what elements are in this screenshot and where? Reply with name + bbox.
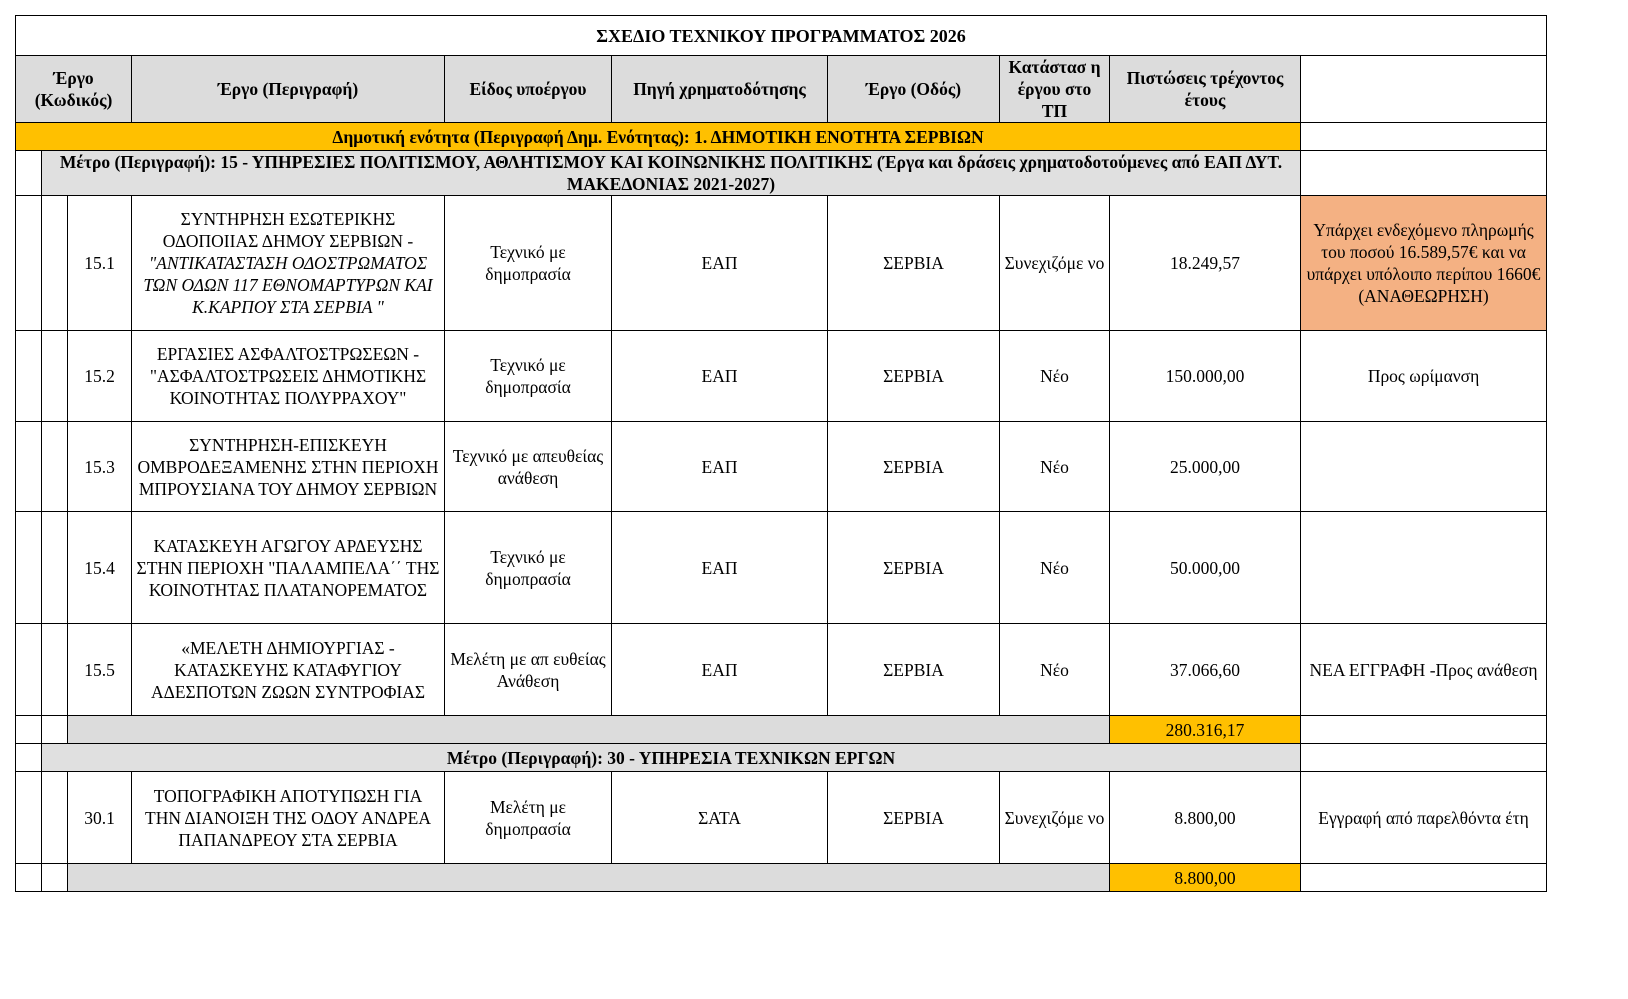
project-road: ΣΕΡΒΙΑ: [828, 331, 1000, 422]
municipal-unit-notes: [1301, 123, 1547, 151]
indent-cell: [16, 196, 42, 331]
project-type: Μελέτη με δημοπρασία: [445, 772, 612, 864]
header-notes: [1301, 56, 1547, 123]
project-description-italic: "ΑΝΤΙΚΑΤΑΣΤΑΣΗ ΟΔΟΣΤΡΩΜΑΤΟΣ ΤΩΝ ΟΔΩΝ 117…: [143, 253, 432, 317]
municipal-unit-row: Δημοτική ενότητα (Περιγραφή Δημ. Ενότητα…: [16, 123, 1547, 151]
project-credits: 25.000,00: [1110, 422, 1301, 512]
project-code: 15.2: [68, 331, 132, 422]
project-status: Συνεχιζόμε νο: [1000, 772, 1110, 864]
measure-notes: [1301, 744, 1547, 772]
project-row: 15.1ΣΥΝΤΗΡΗΣΗ ΕΣΩΤΕΡΙΚΗΣ ΟΔΟΠΟΙΙΑΣ ΔΗΜΟΥ…: [16, 196, 1547, 331]
project-description-text: ΚΑΤΑΣΚΕΥΗ ΑΓΩΓΟΥ ΑΡΔΕΥΣΗΣ ΣΤΗΝ ΠΕΡΙΟΧΗ "…: [137, 536, 440, 600]
project-description-text: ΣΥΝΤΗΡΗΣΗ ΕΣΩΤΕΡΙΚΗΣ ΟΔΟΠΟΙΙΑΣ ΔΗΜΟΥ ΣΕΡ…: [163, 209, 413, 251]
header-road: Έργο (Οδός): [828, 56, 1000, 123]
municipal-unit-label: Δημοτική ενότητα (Περιγραφή Δημ. Ενότητα…: [16, 123, 1301, 151]
document-title: ΣΧΕΔΙΟ ΤΕΧΝΙΚΟΥ ΠΡΟΓΡΑΜΜΑΤΟΣ 2026: [16, 16, 1547, 56]
title-row: ΣΧΕΔΙΟ ΤΕΧΝΙΚΟΥ ΠΡΟΓΡΑΜΜΑΤΟΣ 2026: [16, 16, 1547, 56]
project-note: Προς ωρίμανση: [1301, 331, 1547, 422]
project-type: Τεχνικό με δημοπρασία: [445, 512, 612, 624]
project-note: ΝΕΑ ΕΓΓΡΑΦΗ -Προς ανάθεση: [1301, 624, 1547, 716]
project-note: Εγγραφή από παρελθόντα έτη: [1301, 772, 1547, 864]
project-type: Τεχνικό με δημοπρασία: [445, 196, 612, 331]
project-road: ΣΕΡΒΙΑ: [828, 512, 1000, 624]
project-description-text: ΣΥΝΤΗΡΗΣΗ-ΕΠΙΣΚΕΥΗ ΟΜΒΡΟΔΕΞΑΜΕΝΗΣ ΣΤΗΝ Π…: [137, 435, 438, 499]
subtotal-spacer: [68, 864, 1110, 892]
indent-cell: [42, 864, 68, 892]
indent-cell: [16, 624, 42, 716]
project-funding: ΕΑΠ: [612, 624, 828, 716]
project-note: [1301, 512, 1547, 624]
header-code: Έργο (Κωδικός): [16, 56, 132, 123]
project-status: Νέο: [1000, 512, 1110, 624]
project-credits: 8.800,00: [1110, 772, 1301, 864]
project-road: ΣΕΡΒΙΑ: [828, 422, 1000, 512]
project-funding: ΕΑΠ: [612, 196, 828, 331]
project-row: 15.3ΣΥΝΤΗΡΗΣΗ-ΕΠΙΣΚΕΥΗ ΟΜΒΡΟΔΕΞΑΜΕΝΗΣ ΣΤ…: [16, 422, 1547, 512]
header-subproject-type: Είδος υποέργου: [445, 56, 612, 123]
project-type: Τεχνικό με απευθείας ανάθεση: [445, 422, 612, 512]
subtotal-notes: [1301, 864, 1547, 892]
indent-cell: [42, 624, 68, 716]
project-road: ΣΕΡΒΙΑ: [828, 196, 1000, 331]
project-type: Τεχνικό με δημοπρασία: [445, 331, 612, 422]
project-credits: 50.000,00: [1110, 512, 1301, 624]
indent-cell: [42, 772, 68, 864]
project-credits: 150.000,00: [1110, 331, 1301, 422]
project-credits: 37.066,60: [1110, 624, 1301, 716]
project-status: Νέο: [1000, 331, 1110, 422]
project-credits: 18.249,57: [1110, 196, 1301, 331]
project-description: «ΜΕΛΕΤΗ ΔΗΜΙΟΥΡΓΙΑΣ - ΚΑΤΑΣΚΕΥΗΣ ΚΑΤΑΦΥΓ…: [132, 624, 445, 716]
indent-cell: [42, 422, 68, 512]
project-description: ΤΟΠΟΓΡΑΦΙΚΗ ΑΠΟΤΥΠΩΣΗ ΓΙΑ ΤΗΝ ΔΙΑΝΟΙΞΗ Τ…: [132, 772, 445, 864]
indent-cell: [16, 744, 42, 772]
project-code: 15.1: [68, 196, 132, 331]
subtotal-value: 280.316,17: [1110, 716, 1301, 744]
project-road: ΣΕΡΒΙΑ: [828, 772, 1000, 864]
subtotal-row: 8.800,00: [16, 864, 1547, 892]
measure-label: Μέτρο (Περιγραφή): 15 - ΥΠΗΡΕΣΙΕΣ ΠΟΛΙΤΙ…: [42, 151, 1301, 196]
project-description: ΣΥΝΤΗΡΗΣΗ ΕΣΩΤΕΡΙΚΗΣ ΟΔΟΠΟΙΙΑΣ ΔΗΜΟΥ ΣΕΡ…: [132, 196, 445, 331]
indent-cell: [16, 331, 42, 422]
project-code: 15.4: [68, 512, 132, 624]
indent-cell: [16, 864, 42, 892]
indent-cell: [16, 512, 42, 624]
project-description: ΕΡΓΑΣΙΕΣ ΑΣΦΑΛΤΟΣΤΡΩΣΕΩΝ -"ΑΣΦΑΛΤΟΣΤΡΩΣΕ…: [132, 331, 445, 422]
project-description-text: «ΜΕΛΕΤΗ ΔΗΜΙΟΥΡΓΙΑΣ - ΚΑΤΑΣΚΕΥΗΣ ΚΑΤΑΦΥΓ…: [151, 638, 425, 702]
project-code: 30.1: [68, 772, 132, 864]
project-note: Υπάρχει ενδεχόμενο πληρωμής του ποσού 16…: [1301, 196, 1547, 331]
project-funding: ΕΑΠ: [612, 422, 828, 512]
project-description: ΚΑΤΑΣΚΕΥΗ ΑΓΩΓΟΥ ΑΡΔΕΥΣΗΣ ΣΤΗΝ ΠΕΡΙΟΧΗ "…: [132, 512, 445, 624]
project-row: 30.1ΤΟΠΟΓΡΑΦΙΚΗ ΑΠΟΤΥΠΩΣΗ ΓΙΑ ΤΗΝ ΔΙΑΝΟΙ…: [16, 772, 1547, 864]
project-row: 15.5«ΜΕΛΕΤΗ ΔΗΜΙΟΥΡΓΙΑΣ - ΚΑΤΑΣΚΕΥΗΣ ΚΑΤ…: [16, 624, 1547, 716]
project-row: 15.2ΕΡΓΑΣΙΕΣ ΑΣΦΑΛΤΟΣΤΡΩΣΕΩΝ -"ΑΣΦΑΛΤΟΣΤ…: [16, 331, 1547, 422]
indent-cell: [16, 716, 42, 744]
project-note: [1301, 422, 1547, 512]
indent-cell: [16, 772, 42, 864]
project-description-text: ΕΡΓΑΣΙΕΣ ΑΣΦΑΛΤΟΣΤΡΩΣΕΩΝ -"ΑΣΦΑΛΤΟΣΤΡΩΣΕ…: [150, 344, 426, 408]
measure-row: Μέτρο (Περιγραφή): 30 - ΥΠΗΡΕΣΙΑ ΤΕΧΝΙΚΩ…: [16, 744, 1547, 772]
project-road: ΣΕΡΒΙΑ: [828, 624, 1000, 716]
project-description: ΣΥΝΤΗΡΗΣΗ-ΕΠΙΣΚΕΥΗ ΟΜΒΡΟΔΕΞΑΜΕΝΗΣ ΣΤΗΝ Π…: [132, 422, 445, 512]
indent-cell: [42, 196, 68, 331]
project-code: 15.5: [68, 624, 132, 716]
project-type: Μελέτη με απ ευθείας Ανάθεση: [445, 624, 612, 716]
subtotal-row: 280.316,17: [16, 716, 1547, 744]
project-row: 15.4ΚΑΤΑΣΚΕΥΗ ΑΓΩΓΟΥ ΑΡΔΕΥΣΗΣ ΣΤΗΝ ΠΕΡΙΟ…: [16, 512, 1547, 624]
header-funding-source: Πηγή χρηματοδότησης: [612, 56, 828, 123]
project-funding: ΕΑΠ: [612, 512, 828, 624]
indent-cell: [16, 151, 42, 196]
subtotal-value: 8.800,00: [1110, 864, 1301, 892]
project-status: Νέο: [1000, 624, 1110, 716]
subtotal-notes: [1301, 716, 1547, 744]
header-status: Κατάστασ η έργου στο ΤΠ: [1000, 56, 1110, 123]
indent-cell: [42, 512, 68, 624]
measure-label: Μέτρο (Περιγραφή): 30 - ΥΠΗΡΕΣΙΑ ΤΕΧΝΙΚΩ…: [42, 744, 1301, 772]
project-description-text: ΤΟΠΟΓΡΑΦΙΚΗ ΑΠΟΤΥΠΩΣΗ ΓΙΑ ΤΗΝ ΔΙΑΝΟΙΞΗ Τ…: [145, 786, 431, 850]
measure-row: Μέτρο (Περιγραφή): 15 - ΥΠΗΡΕΣΙΕΣ ΠΟΛΙΤΙ…: [16, 151, 1547, 196]
project-code: 15.3: [68, 422, 132, 512]
project-status: Συνεχιζόμε νο: [1000, 196, 1110, 331]
project-funding: ΕΑΠ: [612, 331, 828, 422]
header-description: Έργο (Περιγραφή): [132, 56, 445, 123]
measure-notes: [1301, 151, 1547, 196]
indent-cell: [16, 422, 42, 512]
technical-program-table: ΣΧΕΔΙΟ ΤΕΧΝΙΚΟΥ ΠΡΟΓΡΑΜΜΑΤΟΣ 2026 Έργο (…: [15, 15, 1547, 892]
indent-cell: [42, 331, 68, 422]
project-funding: ΣΑΤΑ: [612, 772, 828, 864]
header-row: Έργο (Κωδικός) Έργο (Περιγραφή) Είδος υπ…: [16, 56, 1547, 123]
header-credits: Πιστώσεις τρέχοντος έτους: [1110, 56, 1301, 123]
project-status: Νέο: [1000, 422, 1110, 512]
indent-cell: [42, 716, 68, 744]
subtotal-spacer: [68, 716, 1110, 744]
